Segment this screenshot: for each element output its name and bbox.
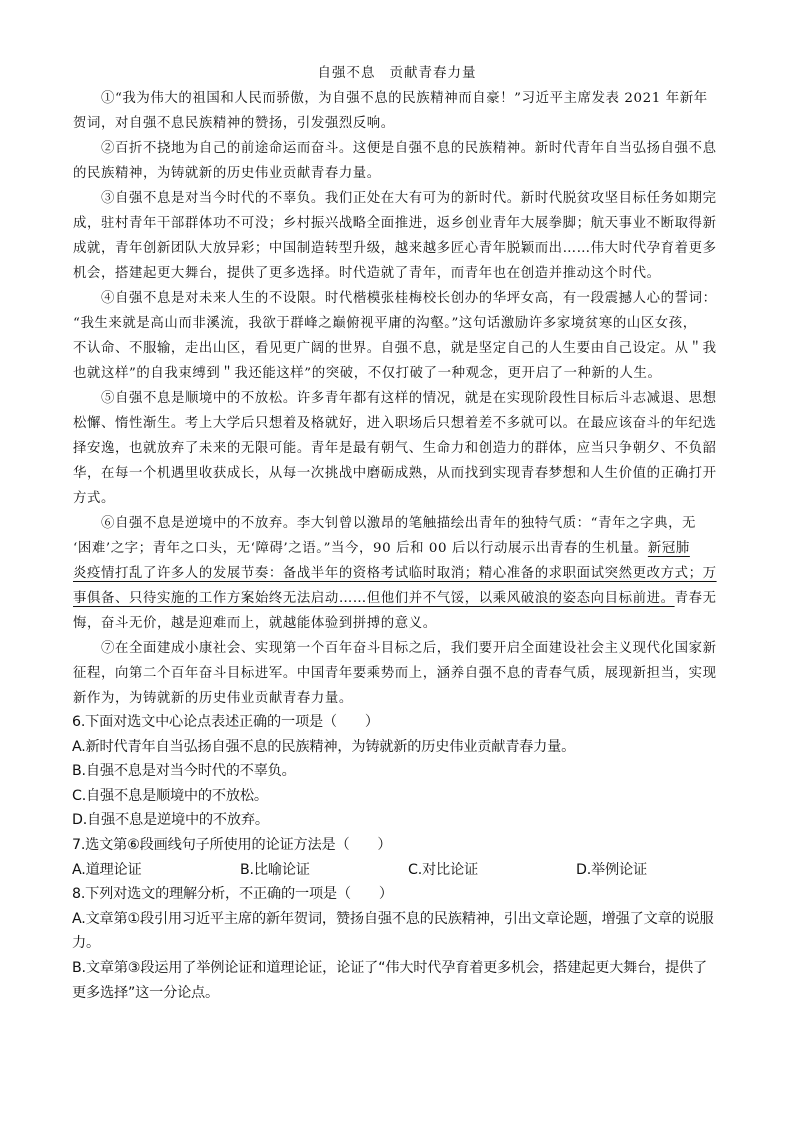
paragraph-line: “我生来就是高山而非溪流，我欲于群峰之巅俯视平庸的沟壑。”这句话激励许多家境贫寒… — [73, 311, 718, 336]
paragraph-4: ④自强不息是对未来人生的不设限。时代楷模张桂梅校长创办的华坪女高，有一段震撼人心… — [73, 286, 718, 386]
paragraph-6: ⑥自强不息是逆境中的不放弃。李大钊曾以激昂的笔触描绘出青年的独特气质：“青年之字… — [73, 511, 718, 636]
question-stem: 8.下列对选文的理解分析，不正确的一项是（ ） — [72, 882, 722, 907]
question-6: 6.下面对选文中心论点表述正确的一项是（ ） A.新时代青年自当弘扬自强不息的民… — [72, 710, 722, 833]
option-line: 更多选择”这一分论点。 — [72, 981, 722, 1006]
paragraph-line: 征程，向第二个百年奋斗目标进军。中国青年要乘势而上，涵养自强不息的青春气质，展现… — [73, 661, 718, 686]
paragraph-line: ⑥自强不息是逆境中的不放弃。李大钊曾以激昂的笔触描绘出青年的独特气质：“青年之字… — [73, 511, 718, 536]
question-7: 7.选文第⑥段画线句子所使用的论证方法是（ ） A.道理论证 B.比喻论证 C.… — [72, 833, 722, 882]
title-part-1: 自强不息 — [318, 65, 376, 81]
option-b: B.文章第③段运用了举例论证和道理论证，论证了“伟大时代孕育着更多机会，搭建起更… — [72, 956, 722, 1005]
underlined-sentence: 新冠肺 — [648, 541, 690, 556]
option-a: A.文章第①段引用习近平主席的新年贺词，赞扬自强不息的民族精神，引出文章论题，增… — [72, 907, 722, 956]
paragraph-line: 华，在每一个机遇里收获成长，从每一次挑战中磨砺成熟，从而找到实现青春梦想和人生价… — [73, 461, 718, 486]
paragraph-line: ⑤自强不息是顺境中的不放松。许多青年都有这样的情况，就是在实现阶段性目标后斗志减… — [73, 386, 718, 411]
paragraph-line: ⑦在全面建成小康社会、实现第一个百年奋斗目标之后，我们要开启全面建设社会主义现代… — [73, 636, 718, 661]
paragraph-7: ⑦在全面建成小康社会、实现第一个百年奋斗目标之后，我们要开启全面建设社会主义现代… — [73, 636, 718, 711]
paragraph-1: ①“我为伟大的祖国和人民而骄傲，为自强不息的民族精神而自豪！”习近平主席发表 2… — [73, 86, 718, 136]
underlined-sentence: 事俱备、只待实施的工作方案始终无法启动……但他们并不气馁，以乘风破浪的姿态向目标… — [73, 591, 675, 606]
question-8: 8.下列对选文的理解分析，不正确的一项是（ ） A.文章第①段引用习近平主席的新… — [72, 882, 722, 1005]
plain-text: ‘困难’之字；青年之口头，无‘障碍’之语。”当今，90 后和 00 后以行动展示… — [73, 541, 648, 556]
title-part-2: 贡献青春力量 — [390, 65, 477, 81]
questions-section: 6.下面对选文中心论点表述正确的一项是（ ） A.新时代青年自当弘扬自强不息的民… — [72, 710, 722, 1005]
option-b: B.比喻论证 — [240, 858, 310, 883]
paragraph-line: 成，驻村青年干部群体功不可没；乡村振兴战略全面推进，返乡创业青年大展拳脚；航天事… — [73, 211, 718, 236]
option-line: B.文章第③段运用了举例论证和道理论证，论证了“伟大时代孕育着更多机会，搭建起更… — [72, 956, 722, 981]
paragraph-line: 的民族精神，为铸就新的历史伟业贡献青春力量。 — [73, 161, 718, 186]
paragraph-line: 成就，青年创新团队大放异彩；中国制造转型升级，越来越多匠心青年脱颖而出……伟大时… — [73, 236, 718, 261]
paragraph-line: 贺词，对自强不息民族精神的赞扬，引发强烈反响。 — [73, 111, 718, 136]
paragraph-line: 松懈、惰性渐生。考上大学后只想着及格就好，进入职场后只想着差不多就可以。在最应该… — [73, 411, 718, 436]
option-c: C.对比论证 — [408, 858, 478, 883]
option-b: B.自强不息是对当今时代的不辜负。 — [72, 759, 722, 784]
plain-text: 青春无 — [675, 591, 717, 606]
article-title: 自强不息贡献青春力量 — [0, 63, 794, 83]
question-stem: 6.下面对选文中心论点表述正确的一项是（ ） — [72, 710, 722, 735]
question-stem: 7.选文第⑥段画线句子所使用的论证方法是（ ） — [72, 833, 722, 858]
option-a: A.道理论证 — [72, 858, 142, 883]
paragraph-3: ③自强不息是对当今时代的不辜负。我们正处在大有可为的新时代。新时代脱贫攻坚目标任… — [73, 186, 718, 286]
paragraph-line: 不认命、不服输，走出山区，看见更广阔的世界。自强不息，就是坚定自己的人生要由自己… — [73, 336, 718, 361]
paragraph-line: 炎疫情打乱了许多人的发展节奏：备战半年的资格考试临时取消；精心准备的求职面试突然… — [73, 561, 718, 586]
paragraph-line: 机会，搭建起更大舞台，提供了更多选择。时代造就了青年，而青年也在创造并推动这个时… — [73, 261, 718, 286]
paragraph-line: 悔，奋斗无价，越是迎难而上，就越能体验到拼搏的意义。 — [73, 611, 718, 636]
underlined-sentence: 炎疫情打乱了许多人的发展节奏：备战半年的资格考试临时取消；精心准备的求职面试突然… — [73, 566, 717, 581]
option-d: D.举例论证 — [576, 858, 647, 883]
options-row: A.道理论证 B.比喻论证 C.对比论证 D.举例论证 — [72, 858, 722, 883]
paragraph-line: 新作为，为铸就新的历史伟业贡献青春力量。 — [73, 686, 718, 711]
exam-page: 自强不息贡献青春力量 ①“我为伟大的祖国和人民而骄傲，为自强不息的民族精神而自豪… — [0, 0, 794, 1123]
option-line: A.文章第①段引用习近平主席的新年贺词，赞扬自强不息的民族精神，引出文章论题，增… — [72, 907, 722, 932]
paragraph-line: 也就这样”的自我束缚到＂我还能这样”的突破，不仅打破了一种观念，更开启了一种新的… — [73, 361, 718, 386]
paragraph-line: ④自强不息是对未来人生的不设限。时代楷模张桂梅校长创办的华坪女高，有一段震撼人心… — [73, 286, 718, 311]
article-body: ①“我为伟大的祖国和人民而骄傲，为自强不息的民族精神而自豪！”习近平主席发表 2… — [73, 86, 718, 711]
paragraph-5: ⑤自强不息是顺境中的不放松。许多青年都有这样的情况，就是在实现阶段性目标后斗志减… — [73, 386, 718, 511]
option-d: D.自强不息是逆境中的不放弃。 — [72, 808, 722, 833]
paragraph-line: ③自强不息是对当今时代的不辜负。我们正处在大有可为的新时代。新时代脱贫攻坚目标任… — [73, 186, 718, 211]
option-line: 力。 — [72, 931, 722, 956]
paragraph-line: ②百折不挠地为自己的前途命运而奋斗。这便是自强不息的民族精神。新时代青年自当弘扬… — [73, 136, 718, 161]
paragraph-line: 事俱备、只待实施的工作方案始终无法启动……但他们并不气馁，以乘风破浪的姿态向目标… — [73, 586, 718, 611]
option-a: A.新时代青年自当弘扬自强不息的民族精神，为铸就新的历史伟业贡献青春力量。 — [72, 735, 722, 760]
option-c: C.自强不息是顺境中的不放松。 — [72, 784, 722, 809]
paragraph-line: ‘困难’之字；青年之口头，无‘障碍’之语。”当今，90 后和 00 后以行动展示… — [73, 536, 718, 561]
paragraph-2: ②百折不挠地为自己的前途命运而奋斗。这便是自强不息的民族精神。新时代青年自当弘扬… — [73, 136, 718, 186]
paragraph-line: 择安逸，也就放弃了未来的无限可能。青年是最有朝气、生命力和创造力的群体，应当只争… — [73, 436, 718, 461]
paragraph-line: ①“我为伟大的祖国和人民而骄傲，为自强不息的民族精神而自豪！”习近平主席发表 2… — [73, 86, 718, 111]
paragraph-line: 方式。 — [73, 486, 718, 511]
